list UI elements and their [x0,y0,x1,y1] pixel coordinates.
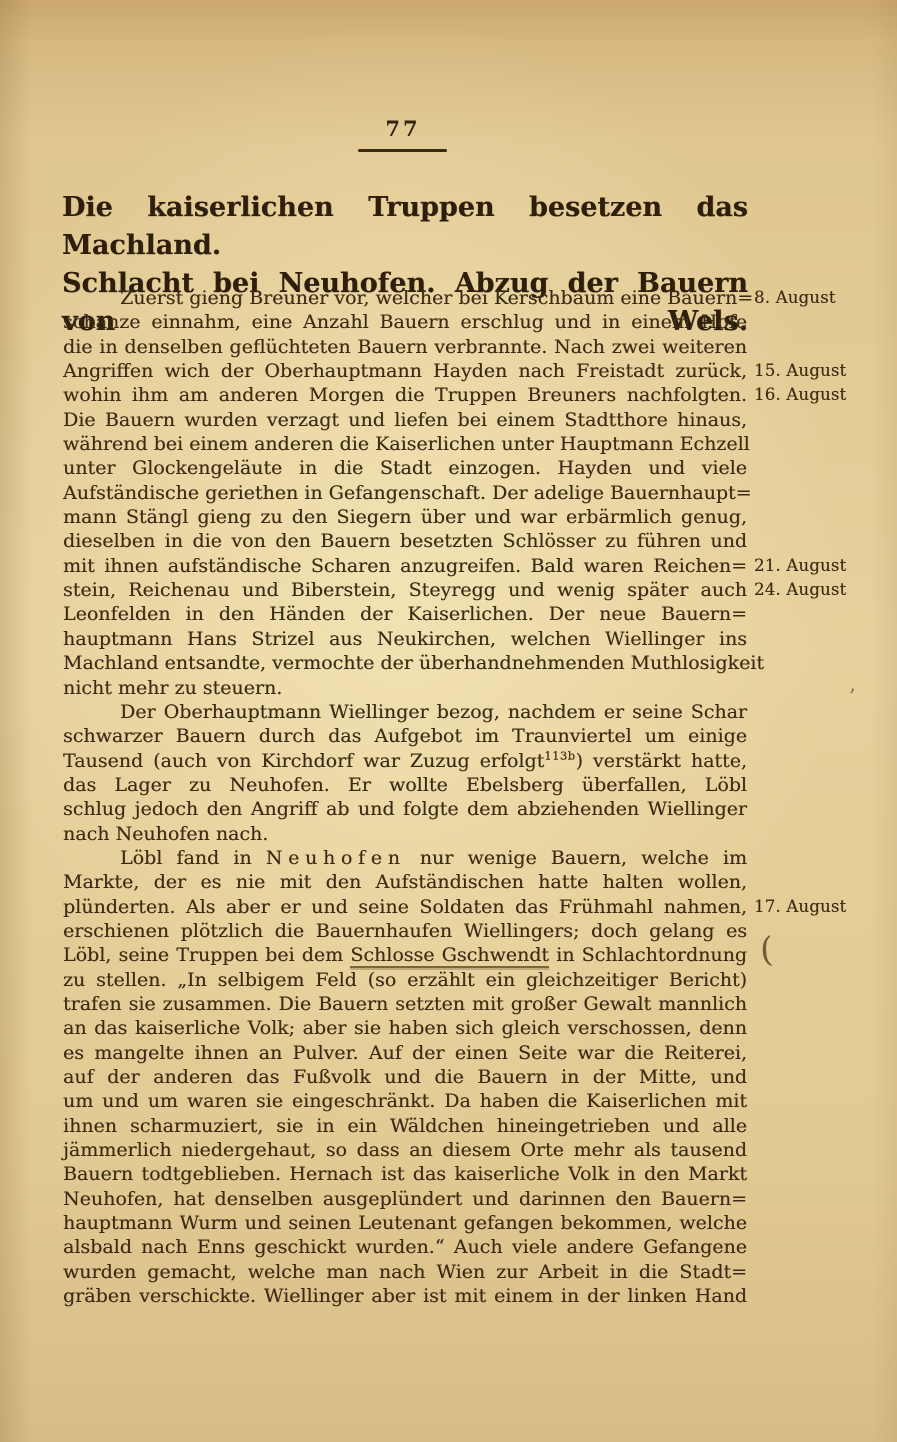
text-line: es mangelte ihnen an Pulver. Auf der ein… [63,1041,747,1065]
text-line: zu stellen. „In selbigem Feld (so erzähl… [63,968,747,992]
text-line: Tausend (auch von Kirchdorf war Zuzug er… [63,749,747,773]
text-line: Angriffen wich der Oberhauptmann Hayden … [63,359,747,383]
text-line: gräben verschickte. Wiellinger aber ist … [63,1284,747,1308]
text-line: trafen sie zusammen. Die Bauern setzten … [63,992,747,1016]
pencil-margin-mark: ( [759,930,774,971]
text-line: Aufständische geriethen in Gefangenschaf… [63,481,747,505]
text-line: schlug jedoch den Angriff ab und folgte … [63,797,747,821]
text-line: alsbald nach Enns geschickt wurden.“ Auc… [63,1235,747,1259]
text-line: Löbl, seine Truppen bei dem Schlosse Gsc… [63,943,747,967]
text-line: Zuerst gieng Breuner vor, welcher bei Ke… [63,286,747,310]
chapter-heading-line-1: Die kaiserlichen Truppen besetzen das Ma… [62,189,748,265]
margin-date-note: 21. August [754,554,897,578]
text-line: Markte, der es nie mit den Aufständische… [63,870,747,894]
text-line: Bauern todtgeblieben. Hernach ist das ka… [63,1162,747,1186]
text-line: Neuhofen, hat denselben ausgeplündert un… [63,1187,747,1211]
text-line: während bei einem anderen die Kaiserlich… [63,432,747,456]
margin-date-note: 8. August [754,286,897,310]
text-line: nach Neuhofen nach. [63,822,747,846]
margin-date-note: 24. August [754,578,897,602]
page-number-rule [358,149,447,152]
text-line: schanze einnahm, eine Anzahl Bauern ersc… [63,310,747,334]
text-line: Löbl fand in Neuhofen nur wenige Bauern,… [63,846,747,870]
text-line: Machland entsandte, vermochte der überha… [63,651,747,675]
text-line: plünderten. Als aber er und seine Soldat… [63,895,747,919]
pencil-tick-mark: ’ [849,684,855,708]
pencil-underline: Schlosse Gschwendt [350,944,549,966]
text-line: mit ihnen aufständische Scharen anzugrei… [63,554,747,578]
text-line: hauptmann Wurm und seinen Leutenant gefa… [63,1211,747,1235]
text-line: stein, Reichenau und Biberstein, Steyreg… [63,578,747,602]
text-line: dieselben in die von den Bauern besetzte… [63,529,747,553]
margin-date-note: 16. August [754,383,897,407]
text-line: jämmerlich niedergehaut, so dass an dies… [63,1138,747,1162]
text-line: erschienen plötzlich die Bauernhaufen Wi… [63,919,747,943]
margin-date-note: 15. August [754,359,897,383]
text-line: die in denselben geflüchteten Bauern ver… [63,335,747,359]
letterspaced-word: Neuhofen [266,847,406,869]
text-line: nicht mehr zu steuern. [63,676,747,700]
text-line: ihnen scharmuziert, sie in ein Wäldchen … [63,1114,747,1138]
footnote-ref: 113b [544,748,575,762]
text-line: wohin ihm am anderen Morgen die Truppen … [63,383,747,407]
text-line: um und um waren sie eingeschränkt. Da ha… [63,1089,747,1113]
text-line: hauptmann Hans Strizel aus Neukirchen, w… [63,627,747,651]
text-line: mann Stängl gieng zu den Siegern über un… [63,505,747,529]
text-line: an das kaiserliche Volk; aber sie haben … [63,1016,747,1040]
text-line: Leonfelden in den Händen der Kaiserliche… [63,602,747,626]
text-line: unter Glockengeläute in die Stadt einzog… [63,456,747,480]
text-line: Die Bauern wurden verzagt und liefen bei… [63,408,747,432]
text-line: das Lager zu Neuhofen. Er wollte Ebelsbe… [63,773,747,797]
body-text: Zuerst gieng Breuner vor, welcher bei Ke… [63,286,747,1308]
page-number: 77 [352,116,454,141]
page-scan: 77 Die kaiserlichen Truppen besetzen das… [0,0,897,1442]
margin-date-note: 17. August [754,895,897,919]
text-line: Der Oberhauptmann Wiellinger bezog, nach… [63,700,747,724]
text-line: auf der anderen das Fußvolk und die Baue… [63,1065,747,1089]
text-line: schwarzer Bauern durch das Aufgebot im T… [63,724,747,748]
text-line: wurden gemacht, welche man nach Wien zur… [63,1260,747,1284]
